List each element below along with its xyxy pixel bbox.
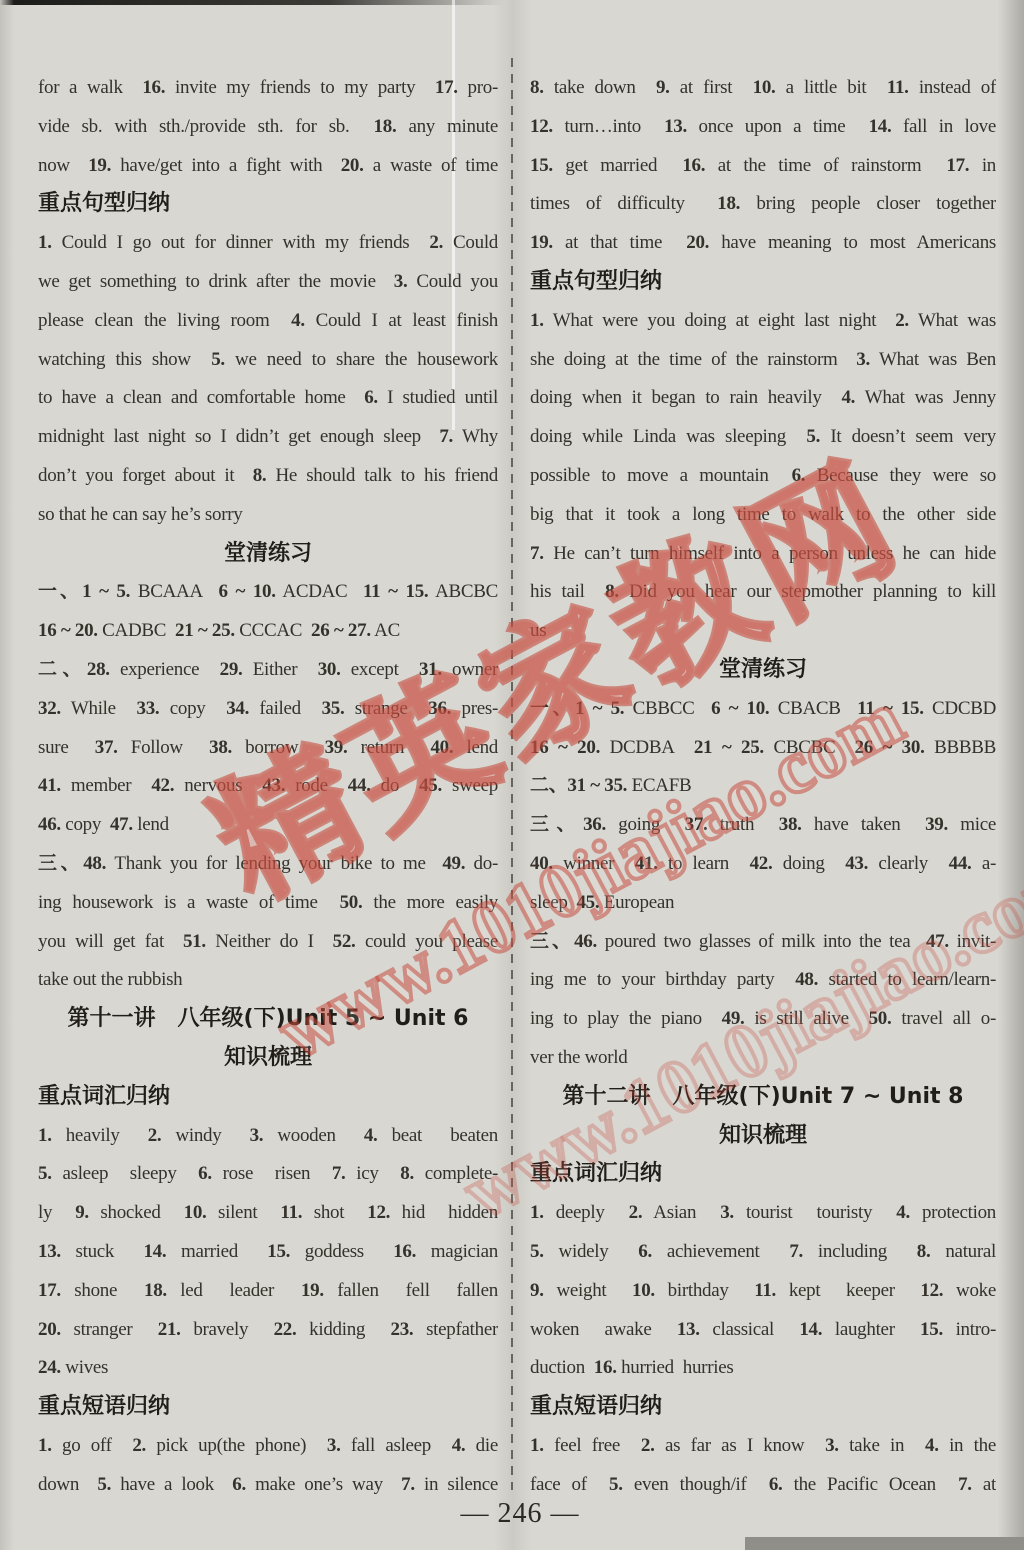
section-heading: 第十二讲 八年级(下)Unit 7 ~ Unit 8	[530, 1078, 996, 1117]
text-line: vide sb. with sth./provide sth. for sb. …	[38, 108, 498, 147]
text-line: please clean the living room 4. Could I …	[38, 302, 498, 341]
text-line: 32. While 33. copy 34. failed 35. strang…	[38, 690, 498, 729]
text-line: 1. What were you doing at eight last nig…	[530, 302, 996, 341]
text-line: 1. heavily 2. windy 3. wooden 4. beat be…	[38, 1117, 498, 1156]
section-heading: 第十一讲 八年级(下)Unit 5 ~ Unit 6	[38, 1000, 498, 1039]
text-line: for a walk 16. invite my friends to my p…	[38, 69, 498, 108]
column-gutter-shadow	[494, 0, 532, 1550]
page-bottom-edge-shadow	[745, 1537, 1024, 1550]
text-line: don’t you forget about it 8. He should t…	[38, 457, 498, 496]
text-line: 40. winner 41. to learn 42. doing 43. cl…	[530, 845, 996, 884]
section-heading: 知识梳理	[38, 1039, 498, 1078]
section-heading: 知识梳理	[530, 1117, 996, 1156]
text-line: 16 ~ 20. DCDBA 21 ~ 25. CBCBC 26 ~ 30. B…	[530, 729, 996, 768]
text-line: woken awake 13. classical 14. laughter 1…	[530, 1311, 996, 1350]
scanned-page: { "document": { "page_number": "— 246 —"…	[0, 0, 1024, 1550]
text-line: 1. Could I go out for dinner with my fri…	[38, 224, 498, 263]
section-heading: 堂清练习	[530, 651, 996, 690]
text-line: 12. turn…into 13. once upon a time 14. f…	[530, 108, 996, 147]
text-line: so that he can say he’s sorry	[38, 496, 498, 535]
text-line: 5. widely 6. achievement 7. including 8.…	[530, 1233, 996, 1272]
text-line: possible to move a mountain 6. Because t…	[530, 457, 996, 496]
text-line: 41. member 42. nervous 43. rode 44. do 4…	[38, 767, 498, 806]
text-line: 13. stuck 14. married 15. goddess 16. ma…	[38, 1233, 498, 1272]
text-line: 1. feel free 2. as far as I know 3. take…	[530, 1427, 996, 1466]
text-line: 9. weight 10. birthday 11. kept keeper 1…	[530, 1272, 996, 1311]
page-right-edge-shadow	[998, 0, 1024, 1550]
text-line: 20. stranger 21. bravely 22. kidding 23.…	[38, 1311, 498, 1350]
column-divider	[511, 58, 513, 1490]
text-line: 17. shone 18. led leader 19. fallen fell…	[38, 1272, 498, 1311]
text-line: we get something to drink after the movi…	[38, 263, 498, 302]
text-line: 三、46. poured two glasses of milk into th…	[530, 923, 996, 962]
text-line: you will get fat 51. Neither do I 52. co…	[38, 923, 498, 962]
text-line: times of difficulty 18. bring people clo…	[530, 185, 996, 224]
text-line: ing housework is a waste of time 50. the…	[38, 884, 498, 923]
text-line: ver the world	[530, 1039, 996, 1078]
section-heading: 堂清练习	[38, 535, 498, 574]
text-line: his tail 8. Did you hear our stepmother …	[530, 573, 996, 612]
section-heading: 重点短语归纳	[530, 1388, 996, 1427]
text-line: 三、36. going 37. truth 38. have taken 39.…	[530, 806, 996, 845]
text-line: sure 37. Follow 38. borrow 39. return 40…	[38, 729, 498, 768]
section-heading: 重点句型归纳	[530, 263, 996, 302]
section-heading: 重点词汇归纳	[530, 1155, 996, 1194]
text-line: watching this show 5. we need to share t…	[38, 341, 498, 380]
text-line: 15. get married 16. at the time of rains…	[530, 147, 996, 186]
text-line: ing to play the piano 49. is still alive…	[530, 1000, 996, 1039]
text-line: us	[530, 612, 996, 651]
answer-column-left: for a walk 16. invite my friends to my p…	[38, 69, 498, 1504]
text-line: 24. wives	[38, 1349, 498, 1388]
text-line: doing when it began to rain heavily 4. W…	[530, 379, 996, 418]
text-line: 8. take down 9. at first 10. a little bi…	[530, 69, 996, 108]
section-heading: 重点词汇归纳	[38, 1078, 498, 1117]
section-heading: 重点短语归纳	[38, 1388, 498, 1427]
text-line: 16 ~ 20. CADBC 21 ~ 25. CCCAC 26 ~ 27. A…	[38, 612, 498, 651]
text-line: 46. copy 47. lend	[38, 806, 498, 845]
text-line: 一、1 ~ 5. BCAAA 6 ~ 10. ACDAC 11 ~ 15. AB…	[38, 573, 498, 612]
text-line: duction 16. hurried hurries	[530, 1349, 996, 1388]
answer-column-right: 8. take down 9. at first 10. a little bi…	[530, 69, 996, 1504]
page-left-edge-shadow	[0, 0, 14, 1550]
text-line: midnight last night so I didn’t get enou…	[38, 418, 498, 457]
text-line: she doing at the time of the rainstorm 3…	[530, 341, 996, 380]
text-line: 19. at that time 20. have meaning to mos…	[530, 224, 996, 263]
text-line: 1. go off 2. pick up(the phone) 3. fall …	[38, 1427, 498, 1466]
page-number: — 246 —	[410, 1492, 630, 1536]
text-line: 1. deeply 2. Asian 3. tourist touristy 4…	[530, 1194, 996, 1233]
text-line: sleep 45. European	[530, 884, 996, 923]
text-line: ly 9. shocked 10. silent 11. shot 12. hi…	[38, 1194, 498, 1233]
text-line: doing while Linda was sleeping 5. It doe…	[530, 418, 996, 457]
text-line: 二、31 ~ 35. ECAFB	[530, 767, 996, 806]
text-line: ing me to your birthday party 48. starte…	[530, 961, 996, 1000]
text-line: 三、48. Thank you for lending your bike to…	[38, 845, 498, 884]
text-line: 7. He can’t turn himself into a person u…	[530, 535, 996, 574]
text-line: big that it took a long time to walk to …	[530, 496, 996, 535]
section-heading: 重点句型归纳	[38, 185, 498, 224]
page-top-edge-shadow	[0, 0, 505, 5]
text-line: to have a clean and comfortable home 6. …	[38, 379, 498, 418]
text-line: now 19. have/get into a fight with 20. a…	[38, 147, 498, 186]
text-line: take out the rubbish	[38, 961, 498, 1000]
text-line: 二、28. experience 29. Either 30. except 3…	[38, 651, 498, 690]
text-line: 一、1 ~ 5. CBBCC 6 ~ 10. CBACB 11 ~ 15. CD…	[530, 690, 996, 729]
text-line: 5. asleep sleepy 6. rose risen 7. icy 8.…	[38, 1155, 498, 1194]
